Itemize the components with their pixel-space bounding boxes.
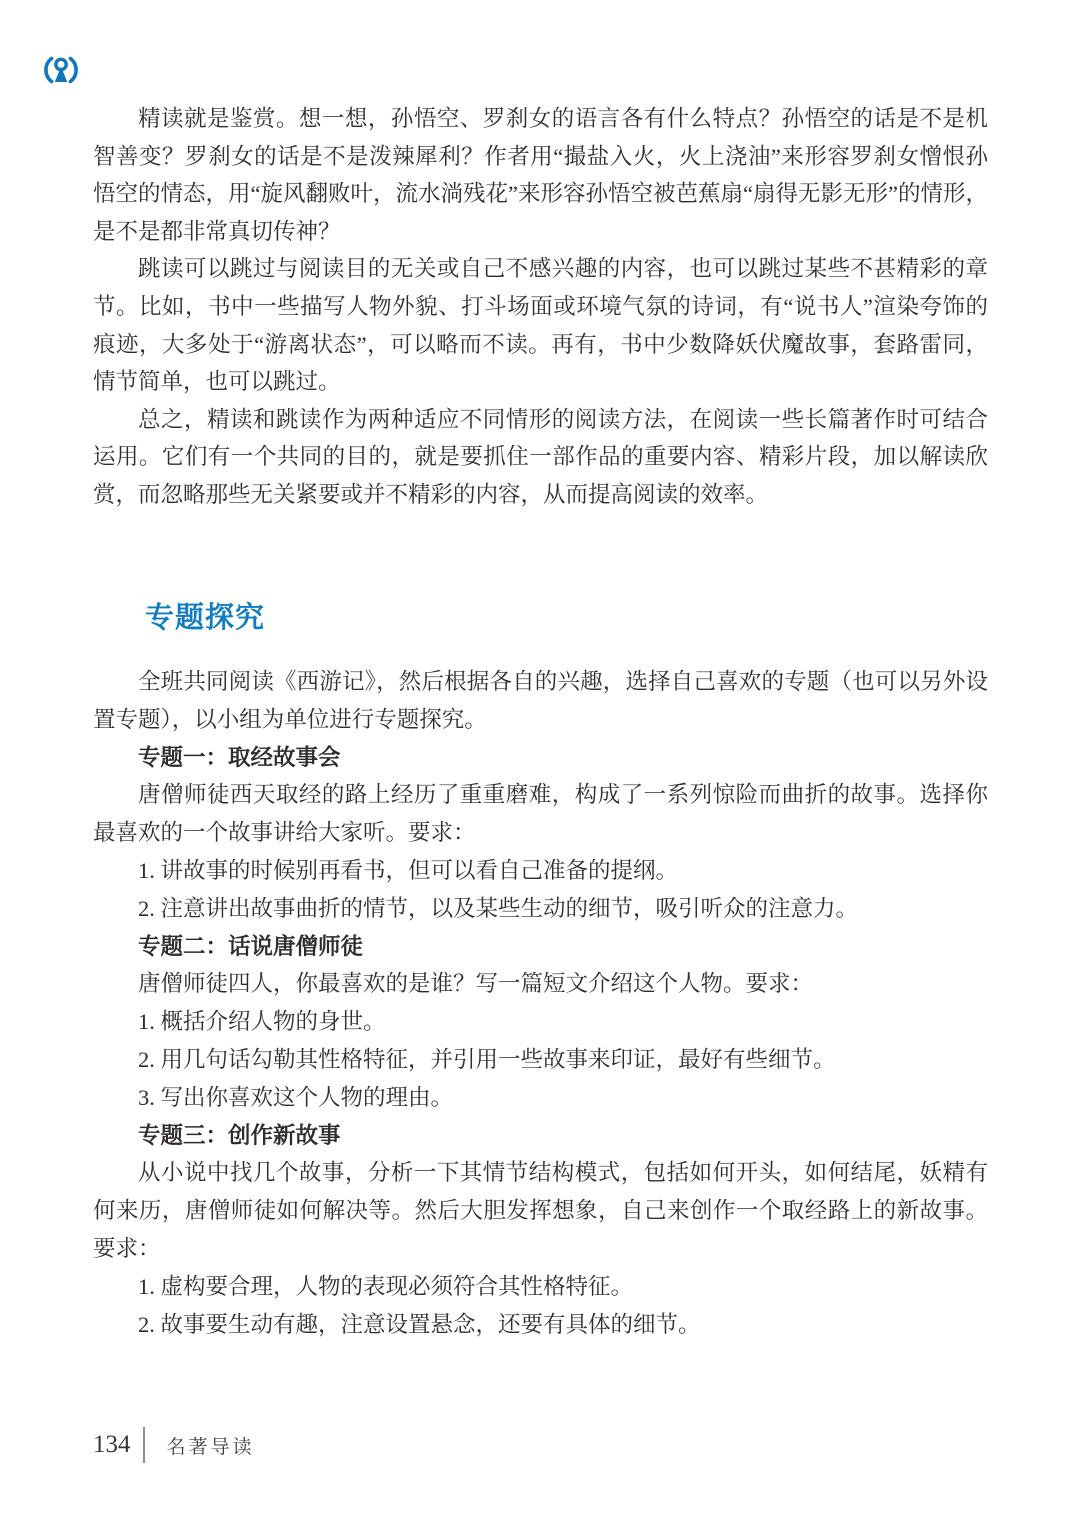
topic-1-body: 唐僧师徒西天取经的路上经历了重重磨难，构成了一系列惊险而曲折的故事。选择你最喜欢… xyxy=(93,776,988,852)
section-intro: 全班共同阅读《西游记》，然后根据各自的兴趣，选择自己喜欢的专题（也可以另外设置专… xyxy=(93,663,988,739)
list-item: 3. 写出你喜欢这个人物的理由。 xyxy=(93,1079,988,1117)
chapter-label: 名著导读 xyxy=(167,1432,255,1459)
topic-3-body: 从小说中找几个故事，分析一下其情节结构模式，包括如何开头，如何结尾，妖精有何来历… xyxy=(93,1154,988,1267)
topic-2-body: 唐僧师徒四人，你最喜欢的是谁？写一篇短文介绍这个人物。要求： xyxy=(93,965,988,1003)
textbook-page: 精读就是鉴赏。想一想，孙悟空、罗刹女的语言各有什么特点？孙悟空的话是不是机智善变… xyxy=(0,0,1080,1526)
topic-3-heading: 专题三：创作新故事 xyxy=(93,1117,988,1155)
list-item: 1. 虚构要合理，人物的表现必须符合其性格特征。 xyxy=(93,1268,988,1306)
list-item: 2. 故事要生动有趣，注意设置悬念，还要有具体的细节。 xyxy=(93,1306,988,1344)
list-item: 2. 用几句话勾勒其性格特征，并引用一些故事来印证，最好有些细节。 xyxy=(93,1041,988,1079)
topic-1-heading: 专题一：取经故事会 xyxy=(93,739,988,777)
paragraph-skim-reading: 跳读可以跳过与阅读目的无关或自己不感兴趣的内容，也可以跳过某些不甚精彩的章节。比… xyxy=(93,250,988,400)
reading-method-paragraphs: 精读就是鉴赏。想一想，孙悟空、罗刹女的语言各有什么特点？孙悟空的话是不是机智善变… xyxy=(93,100,988,514)
topic-exploration-section: 全班共同阅读《西游记》，然后根据各自的兴趣，选择自己喜欢的专题（也可以另外设置专… xyxy=(93,663,988,1343)
topic-2-heading: 专题二：话说唐僧师徒 xyxy=(93,928,988,966)
paragraph-close-reading: 精读就是鉴赏。想一想，孙悟空、罗刹女的语言各有什么特点？孙悟空的话是不是机智善变… xyxy=(93,100,988,250)
paragraph-summary: 总之，精读和跳读作为两种适应不同情形的阅读方法，在阅读一些长篇著作时可结合运用。… xyxy=(93,401,988,514)
list-item: 1. 讲故事的时候别再看书，但可以看自己准备的提纲。 xyxy=(93,852,988,890)
footer-divider xyxy=(143,1427,145,1463)
list-item: 1. 概括介绍人物的身世。 xyxy=(93,1003,988,1041)
page-number: 134 xyxy=(93,1431,131,1459)
section-title: 专题探究 xyxy=(145,600,265,636)
broadcast-person-icon xyxy=(43,53,79,87)
list-item: 2. 注意讲出故事曲折的情节，以及某些生动的细节，吸引听众的注意力。 xyxy=(93,890,988,928)
page-footer: 134 名著导读 xyxy=(93,1424,255,1466)
